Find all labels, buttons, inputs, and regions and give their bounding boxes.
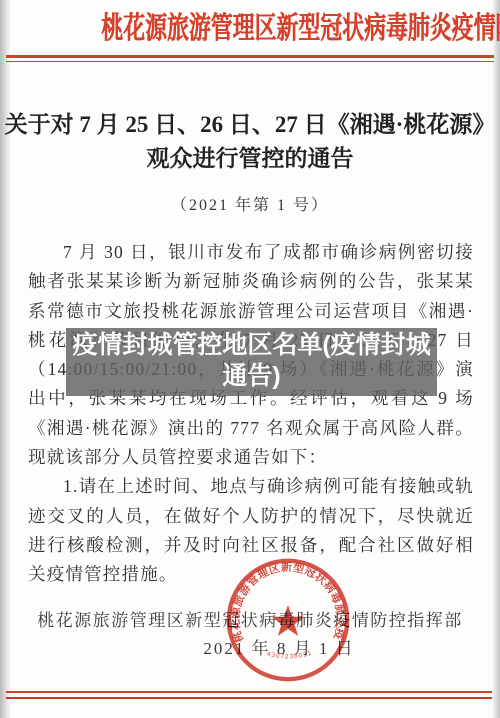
- letterhead-banner-text: 桃花源旅游管理区新型冠状病毒肺炎疫情防控指挥部: [101, 3, 500, 47]
- notice-title-line2: 观众进行管控的通告: [0, 142, 500, 176]
- footer-double-rule: [6, 691, 492, 699]
- notice-title-line1: 关于对 7 月 25 日、26 日、27 日《湘遇·桃花源》: [0, 108, 500, 142]
- seal-star-icon: [272, 605, 304, 636]
- notice-title: 关于对 7 月 25 日、26 日、27 日《湘遇·桃花源》 观众进行管控的通告: [0, 108, 500, 176]
- watermark-overlay-banner: 疫情封城管控地区名单(疫情封城通告): [66, 328, 437, 396]
- scanned-notice-page: 桃花源旅游管理区新型冠状病毒肺炎疫情防控指挥部 关于对 7 月 25 日、26 …: [0, 0, 500, 718]
- seal-ring-text: 桃花源旅游管理区新型冠状病毒肺炎疫情防控指挥部: [224, 554, 348, 644]
- letterhead-double-rule: [6, 55, 494, 62]
- letterhead-banner: 桃花源旅游管理区新型冠状病毒肺炎疫情防控指挥部: [8, 3, 492, 47]
- official-red-seal: 桃花源旅游管理区新型冠状病毒肺炎疫情防控指挥部 4307230031462: [224, 554, 352, 686]
- svg-text:桃花源旅游管理区新型冠状病毒肺炎疫情防控指挥部: 桃花源旅游管理区新型冠状病毒肺炎疫情防控指挥部: [224, 554, 348, 644]
- notice-doc-number: （2021 年第 1 号）: [0, 192, 500, 215]
- notice-body: 7 月 30 日，银川市发布了成都市确诊病例密切接触者张某某诊断为新冠肺炎确诊病…: [28, 238, 474, 590]
